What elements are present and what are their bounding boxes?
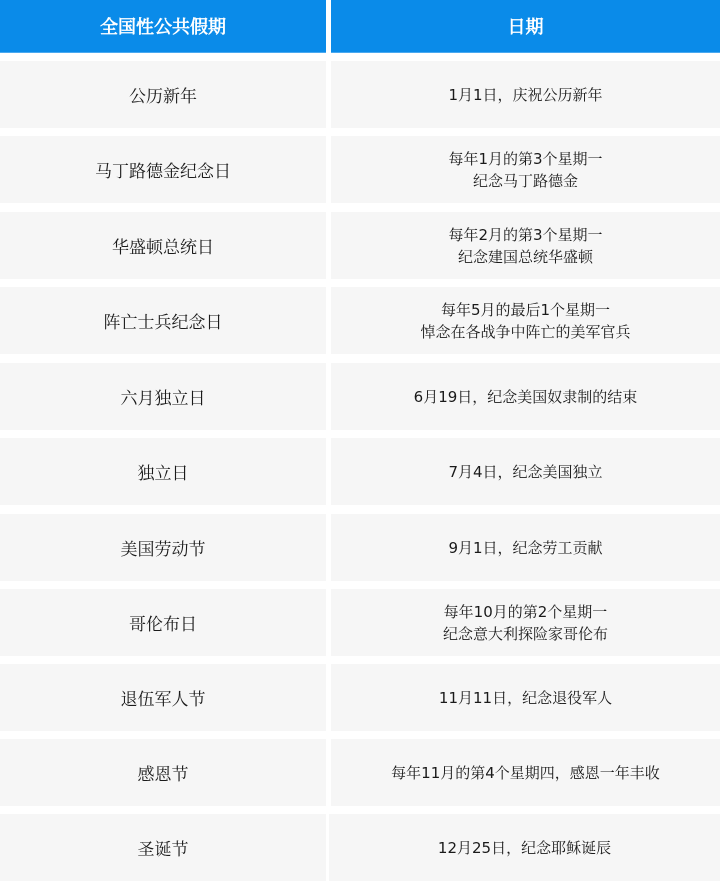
holidays-table: 全国性公共假期 日期 公历新年 1月1日，庆祝公历新年 马丁路德金纪念日 每年1… bbox=[0, 0, 720, 886]
holiday-name-cell: 阵亡士兵纪念日 bbox=[0, 287, 326, 354]
holiday-date-cell: 每年11月的第4个星期四，感恩一年丰收 bbox=[331, 739, 720, 806]
date-line: 6月19日，纪念美国奴隶制的结束 bbox=[414, 386, 638, 408]
holiday-date-cell: 11月11日，纪念退役军人 bbox=[331, 664, 720, 731]
holiday-date-cell: 7月4日，纪念美国独立 bbox=[331, 438, 720, 505]
date-line: 7月4日，纪念美国独立 bbox=[448, 461, 602, 483]
date-line: 每年10月的第2个星期一 bbox=[444, 601, 608, 623]
holiday-name-cell: 哥伦布日 bbox=[0, 589, 326, 656]
holiday-name-cell: 感恩节 bbox=[0, 739, 326, 806]
date-line: 每年11月的第4个星期四，感恩一年丰收 bbox=[391, 762, 660, 784]
header-holiday: 全国性公共假期 bbox=[0, 0, 326, 53]
date-line: 1月1日，庆祝公历新年 bbox=[448, 84, 602, 106]
holiday-name-cell: 独立日 bbox=[0, 438, 326, 505]
date-line: 12月25日，纪念耶稣诞辰 bbox=[438, 837, 611, 859]
holiday-date-cell: 9月1日，纪念劳工贡献 bbox=[331, 514, 720, 581]
table-row: 圣诞节 12月25日，纪念耶稣诞辰 bbox=[0, 814, 720, 881]
date-line: 每年1月的第3个星期一 bbox=[448, 148, 602, 170]
table-row: 独立日 7月4日，纪念美国独立 bbox=[0, 438, 720, 505]
holiday-name-cell: 华盛顿总统日 bbox=[0, 212, 326, 279]
table-row: 感恩节 每年11月的第4个星期四，感恩一年丰收 bbox=[0, 739, 720, 806]
table-row: 美国劳动节 9月1日，纪念劳工贡献 bbox=[0, 514, 720, 581]
holiday-date-cell: 每年1月的第3个星期一 纪念马丁路德金 bbox=[331, 136, 720, 203]
table-row: 华盛顿总统日 每年2月的第3个星期一 纪念建国总统华盛顿 bbox=[0, 212, 720, 279]
date-description-line: 悼念在各战争中阵亡的美军官兵 bbox=[420, 321, 630, 343]
table-row: 哥伦布日 每年10月的第2个星期一 纪念意大利探险家哥伦布 bbox=[0, 589, 720, 656]
holiday-date-cell: 每年2月的第3个星期一 纪念建国总统华盛顿 bbox=[331, 212, 720, 279]
header-date: 日期 bbox=[331, 0, 720, 53]
holiday-name-cell: 马丁路德金纪念日 bbox=[0, 136, 326, 203]
holiday-date-cell: 每年5月的最后1个星期一 悼念在各战争中阵亡的美军官兵 bbox=[331, 287, 720, 354]
date-line: 11月11日，纪念退役军人 bbox=[439, 687, 612, 709]
date-line: 9月1日，纪念劳工贡献 bbox=[448, 537, 602, 559]
date-line: 每年2月的第3个星期一 bbox=[448, 224, 602, 246]
holiday-name-cell: 退伍军人节 bbox=[0, 664, 326, 731]
table-row: 马丁路德金纪念日 每年1月的第3个星期一 纪念马丁路德金 bbox=[0, 136, 720, 203]
holiday-name-cell: 美国劳动节 bbox=[0, 514, 326, 581]
holiday-name-cell: 六月独立日 bbox=[0, 363, 326, 430]
date-description-line: 纪念建国总统华盛顿 bbox=[458, 246, 593, 268]
holiday-date-cell: 1月1日，庆祝公历新年 bbox=[331, 61, 720, 128]
holiday-date-cell: 每年10月的第2个星期一 纪念意大利探险家哥伦布 bbox=[331, 589, 720, 656]
holiday-name-cell: 公历新年 bbox=[0, 61, 326, 128]
table-row: 公历新年 1月1日，庆祝公历新年 bbox=[0, 61, 720, 128]
table-header: 全国性公共假期 日期 bbox=[0, 0, 720, 53]
table-row: 退伍军人节 11月11日，纪念退役军人 bbox=[0, 664, 720, 731]
date-line: 每年5月的最后1个星期一 bbox=[441, 299, 610, 321]
table-row: 阵亡士兵纪念日 每年5月的最后1个星期一 悼念在各战争中阵亡的美军官兵 bbox=[0, 287, 720, 354]
date-description-line: 纪念马丁路德金 bbox=[473, 170, 578, 192]
holiday-name-cell: 圣诞节 bbox=[0, 814, 326, 881]
date-description-line: 纪念意大利探险家哥伦布 bbox=[443, 623, 608, 645]
table-row: 六月独立日 6月19日，纪念美国奴隶制的结束 bbox=[0, 363, 720, 430]
holiday-date-cell: 12月25日，纪念耶稣诞辰 bbox=[329, 814, 720, 881]
holiday-date-cell: 6月19日，纪念美国奴隶制的结束 bbox=[331, 363, 720, 430]
